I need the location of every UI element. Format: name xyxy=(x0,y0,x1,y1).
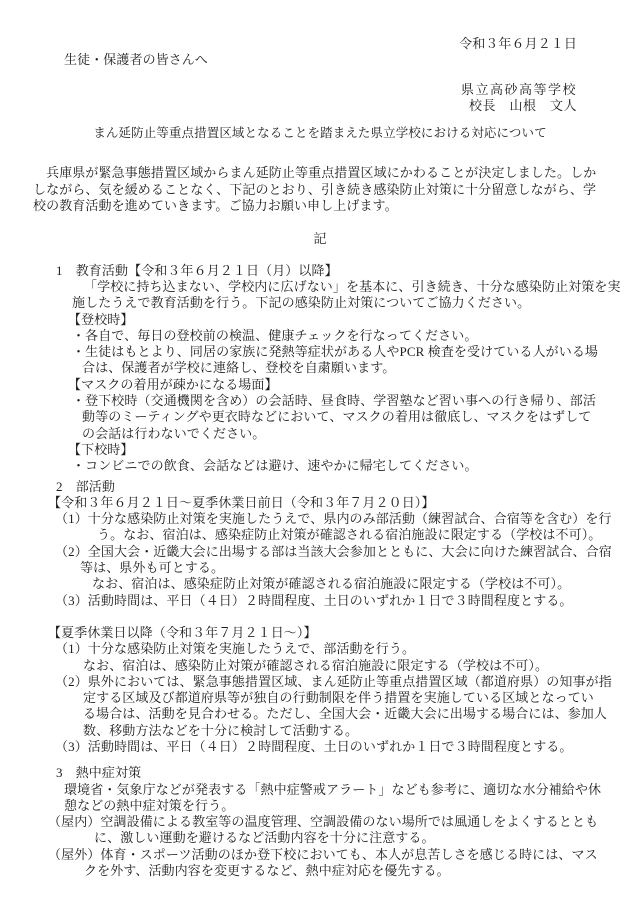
spacer xyxy=(0,69,640,82)
numbered-item-continuation: 数、移動方法などを十分に検討して活動する。 xyxy=(0,723,640,739)
section-1-paragraph: 施したうえで教育活動を行う。下記の感染防止対策についてご協力ください。 xyxy=(0,295,640,311)
bullet-item: ・各自で、毎日の登校前の検温、健康チェックを行なってください。 xyxy=(0,328,640,344)
doc-recipient: 生徒・保護者の皆さんへ xyxy=(0,52,640,68)
section-3-paragraph: 環境省・気象庁などが発表する「熱中症警戒アラート」なども参考に、適切な水分補給や… xyxy=(0,782,640,798)
intro-line: 兵庫県が緊急事態措置区域からまん延防止等重点措置区域にかわることが決定しました。… xyxy=(0,165,640,181)
intro-line: 校の教育活動を進めていきます。ご協力お願い申し上げます。 xyxy=(0,198,640,214)
numbered-item-continuation: 等は、県外も可とする。 xyxy=(0,560,640,576)
numbered-item: （1）十分な感染防止対策を実施したうえで、部活動を行う。 xyxy=(0,641,640,657)
numbered-item: （1）十分な感染防止対策を実施したうえで、県内のみ部活動（練習試合、合宿等を含む… xyxy=(0,511,640,527)
numbered-item: （3）活動時間は、平日（４日）２時間程度、土日のいずれか１日で３時間程度とする。 xyxy=(0,593,640,609)
bullet-item: ・コンビニでの飲食、会話などは避け、速やかに帰宅してください。 xyxy=(0,458,640,474)
bullet-item: ・生徒はもとより、同居の家族に発熱等症状がある人やPCR 検査を受けている人がい… xyxy=(0,344,640,360)
period-heading: 【夏季休業日以降（令和３年７月２１日～）】 xyxy=(0,625,640,641)
numbered-item-continuation: なお、宿泊は、感染症防止対策が確認される宿泊施設に限定する（学校は不可）。 xyxy=(0,576,640,592)
subheading-mask: 【マスクの着用が疎かになる場面】 xyxy=(0,377,640,393)
numbered-item: （3）活動時間は、平日（４日）２時間程度、土日のいずれか１日で３時間程度とする。 xyxy=(0,739,640,755)
numbered-item-continuation: う。なお、宿泊は、感染症防止対策が確認される宿泊施設に限定する（学校は不可）。 xyxy=(0,527,640,543)
period-heading: 【令和３年６月２１日～夏季休業日前日（令和３年７月２０日）】 xyxy=(0,495,640,511)
subheading-gekou: 【下校時】 xyxy=(0,442,640,458)
numbered-item: （2）全国大会・近畿大会に出場する部は当該大会参加とともに、大会に向けた練習試合… xyxy=(0,544,640,560)
labeled-item-indoor: （屋内）空調設備による教室等の温度管理、空調設備のない場所では風通しをよくすると… xyxy=(0,814,640,830)
doc-date: 令和３年６月２１日 xyxy=(0,36,640,52)
labeled-item-continuation: に、激しい運動を避けるなど活動内容を十分に注意する。 xyxy=(0,830,640,846)
bullet-item-continuation: 動等のミーティングや更衣時などにおいて、マスクの着用は徹底し、マスクをはずして xyxy=(0,409,640,425)
labeled-item-outdoor: （屋外）体育・スポーツ活動のほか登下校においても、本人が息苦しさを感じる時には、… xyxy=(0,847,640,863)
section-2-heading: 2 部活動 xyxy=(0,479,640,495)
document-page: 令和３年６月２１日 生徒・保護者の皆さんへ 県立高砂高等学校 校長 山根 文人 … xyxy=(0,0,640,906)
document-body: 兵庫県が緊急事態措置区域からまん延防止等重点措置区域にかわることが決定しました。… xyxy=(0,165,640,879)
numbered-item-continuation: る場合は、活動を見合わせる。ただし、全国大会・近畿大会に出場する場合には、参加人 xyxy=(0,706,640,722)
section-3-paragraph: 憩などの熱中症対策を行う。 xyxy=(0,798,640,814)
doc-principal-name: 校長 山根 文人 xyxy=(0,98,640,114)
section-1-paragraph: 「学校に持ち込まない、学校内に広げない」を基本に、引き続き、十分な感染防止対策を… xyxy=(0,279,640,295)
spacer xyxy=(0,114,640,125)
document-title: まん延防止等重点措置区域となることを踏まえた県立学校における対応について xyxy=(0,125,640,141)
bullet-item-continuation: の会話は行わないでください。 xyxy=(0,426,640,442)
record-mark: 記 xyxy=(0,231,640,247)
numbered-item-continuation: なお、宿泊は、感染防止対策が確認される宿泊施設に限定する（学校は不可）。 xyxy=(0,658,640,674)
bullet-item: ・登下校時（交通機関を含め）の会話時、昼食時、学習塾など習い事への行き帰り、部活 xyxy=(0,393,640,409)
section-3-heading: 3 熱中症対策 xyxy=(0,765,640,781)
intro-line: しながら、気を緩めることなく、下記のとおり、引き続き感染防止対策に十分留意しなが… xyxy=(0,182,640,198)
section-1-heading: 1 教育活動【令和３年６月２１日（月）以降】 xyxy=(0,263,640,279)
labeled-item-continuation: クを外す、活動内容を変更するなど、熱中症対応を優先する。 xyxy=(0,863,640,879)
bullet-item-continuation: 合は、保護者が学校に連絡し、登校を自粛願います。 xyxy=(0,360,640,376)
numbered-item-continuation: 定する区域及び都道府県等が独自の行動制限を伴う措置を実施している区域となってい xyxy=(0,690,640,706)
subheading-tokou: 【登校時】 xyxy=(0,312,640,328)
numbered-item: （2）県外においては、緊急事態措置区域、まん延防止等重点措置区域（都道府県）の知… xyxy=(0,674,640,690)
doc-school-name: 県立高砂高等学校 xyxy=(0,82,640,98)
